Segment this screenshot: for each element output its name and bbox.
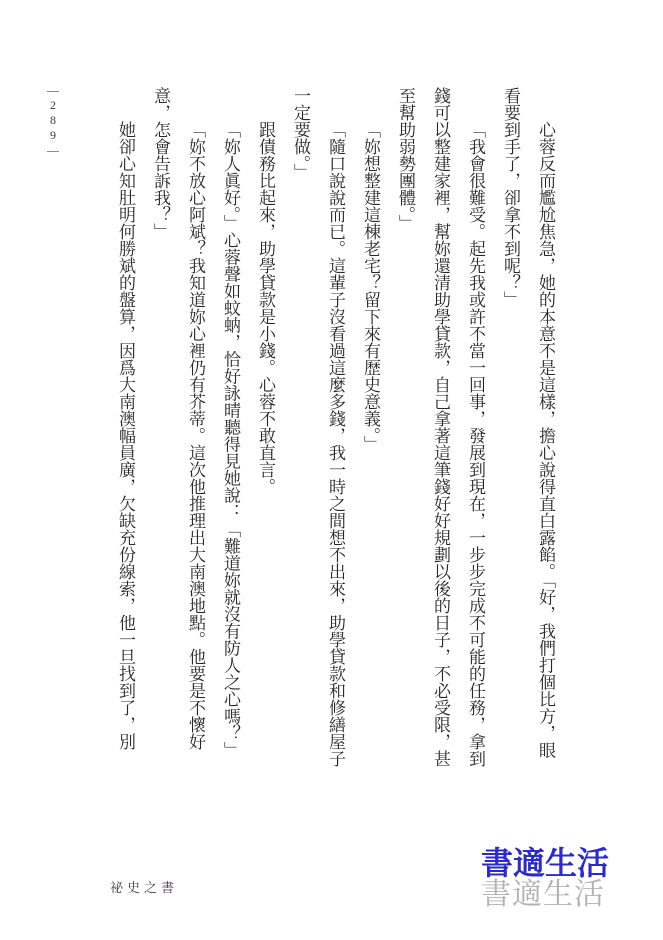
paragraph: 「我會很難受。起先我或許不當一回事，發展到現在，一步步完成不可能的任務，拿到錢可… — [388, 87, 493, 767]
paragraph: 「隨口說說而已。這輩子沒看過這麼多錢，我一時之間想不出來，助學貸款和修繕屋子一定… — [283, 87, 353, 767]
paragraph: 「妳想整建這棟老宅？留下來有歷史意義。」 — [353, 87, 388, 767]
page-number: —289— — [44, 83, 62, 158]
book-title: 祕史之書 — [110, 877, 178, 896]
watermark-echo: 書適生活 — [481, 878, 605, 912]
paragraph: 「妳不放心阿斌？我知道妳心裡仍有芥蒂。這次他推理出大南澳地點。他要是不懷好意，怎… — [143, 87, 213, 767]
body-text: 心蓉反而尷尬焦急，她的本意不是這樣，擔心說得直白露餡。「好，我們打個比方，眼看要… — [108, 87, 563, 767]
paragraph: 「妳人眞好。」心蓉聲如蚊蚋，恰好詠晴聽得見她說：「難道妳就沒有防人之心嗎？」 — [213, 87, 248, 767]
paragraph: 她卻心知肚明何勝斌的盤算，因爲大南澳幅員廣，欠缺充份線索，他一旦找到了，別 — [108, 87, 143, 767]
book-page: —289— 心蓉反而尷尬焦急，她的本意不是這樣，擔心說得直白露餡。「好，我們打個… — [0, 0, 663, 940]
paragraph: 心蓉反而尷尬焦急，她的本意不是這樣，擔心說得直白露餡。「好，我們打個比方，眼看要… — [493, 87, 563, 767]
watermark-primary: 書適生活 — [481, 845, 609, 881]
paragraph: 跟債務比起來，助學貸款是小錢。心蓉不敢直言。 — [248, 87, 283, 767]
